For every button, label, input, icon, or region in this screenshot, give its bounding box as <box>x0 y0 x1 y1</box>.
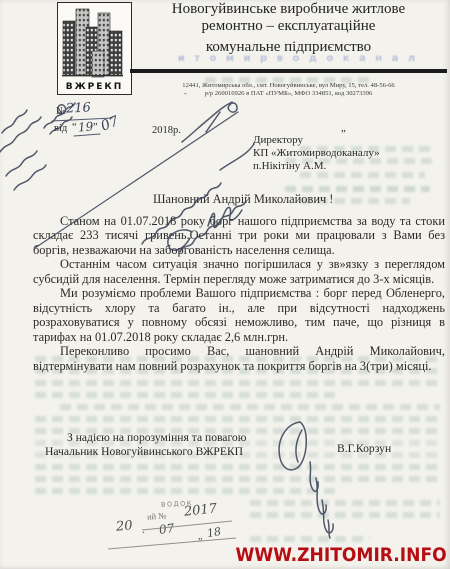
closing-line: З надією на порозуміння та повагою <box>67 431 246 445</box>
bleed-through-line <box>300 172 425 178</box>
handwritten-month: 07 <box>99 113 122 135</box>
site-watermark: WWW.ZHITOMIR.INFO <box>236 544 447 566</box>
org-name-line: комунальне підприємство <box>130 39 447 56</box>
date-from-label: від <box>54 123 67 134</box>
logo-abbreviation: ВЖРЕКП <box>58 82 131 92</box>
org-name-line: Новогуйвинське виробниче житлове <box>130 1 447 18</box>
handwritten-outgoing-number: 216 <box>66 100 92 116</box>
stamp-date-separator: . <box>142 522 145 537</box>
bleed-through-line <box>35 476 440 482</box>
salutation: Шановний Андрій Миколайович ! <box>33 192 445 207</box>
scanned-letter-page: и т о м и р в о д о к а н а л ВЖРЕКП <box>0 0 450 569</box>
bleed-through-line <box>35 392 335 398</box>
quote-close: ” <box>93 122 98 133</box>
bleed-through-line <box>250 512 440 518</box>
letterhead-logo-box: ВЖРЕКП <box>57 2 132 95</box>
handwritten-stamp-day: 20 <box>115 518 133 534</box>
handwritten-date-flourish <box>182 102 237 142</box>
address-line: 12441, Житомирська обл., смт. Новогуйвин… <box>130 82 447 90</box>
paragraph: Переконливо просимо Вас, шановний Андрій… <box>33 344 445 373</box>
closing-block: З надією на порозуміння та повагою Начал… <box>45 431 246 459</box>
paragraph: Станом на 01.07.2018 року борг нашого пі… <box>33 214 445 258</box>
handwritten-incoming-number: 2017 <box>183 501 217 519</box>
recipient-block: Директору КП «Житомирводоканалу» п.Нікіт… <box>253 134 380 172</box>
letter-body: Шановний Андрій Миколайович ! Станом на … <box>33 192 445 373</box>
number-sign: № <box>56 106 66 117</box>
handwritten-day: 19 <box>77 119 93 134</box>
recipient-line: п.Нікітіну А.М. <box>253 160 380 173</box>
bleed-through-line <box>60 404 440 410</box>
handwritten-stamp-month: 07 <box>158 521 175 537</box>
stamp-number-label: ий № <box>147 510 167 521</box>
city-buildings-icon <box>58 3 128 90</box>
address-bullet: - <box>184 89 187 98</box>
bleed-through-line <box>250 500 440 506</box>
letterhead-rule <box>130 69 447 73</box>
address-line: р/р 260016926 в ПАТ «ПУМБ», МФО 334851, … <box>130 90 447 98</box>
signer-name: В.Г.Корзун <box>337 442 391 455</box>
bleed-through-line <box>35 380 440 386</box>
handwritten-stamp-year: 18 <box>206 525 222 540</box>
bleed-through-line <box>35 488 335 494</box>
org-title: Новогуйвинське виробниче житлове ремонтн… <box>130 0 447 60</box>
recipient-line: КП «Житомирводоканалу» <box>253 147 380 160</box>
year-label: 2018р. <box>152 125 181 136</box>
paragraph: Останнім часом ситуація значно погіршила… <box>33 257 445 286</box>
closing-line: Начальник Новогуйвинського ВЖРЕКП <box>45 445 246 459</box>
stamp-year-prefix: „ <box>198 531 202 542</box>
bleed-through-line <box>250 536 370 542</box>
recipient-line: Директору <box>253 134 380 147</box>
signature-scribble <box>279 422 333 538</box>
quote-open: “ <box>72 122 77 133</box>
paragraph: Ми розуміємо проблеми Вашого підприємств… <box>33 286 445 344</box>
bleed-through-line <box>35 416 440 422</box>
org-name-line: ремонтно – експлуатаційне <box>130 18 447 35</box>
bleed-through-line <box>35 464 440 470</box>
letterhead-address: 12441, Житомирська обл., смт. Новогуйвин… <box>130 82 447 99</box>
stray-mark: ” <box>341 128 346 140</box>
